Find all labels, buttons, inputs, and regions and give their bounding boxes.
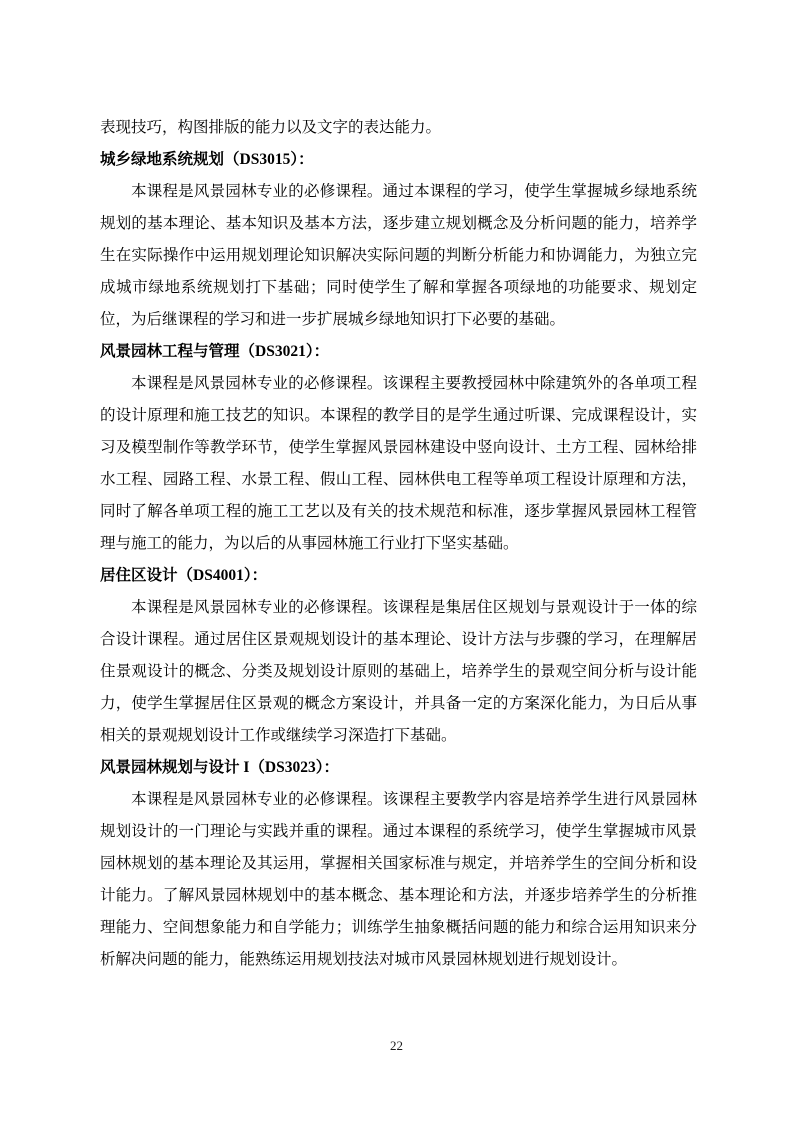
course-heading-ds3023: 风景园林规划与设计 I（DS3023）： [100,752,697,784]
course-heading-ds3015: 城乡绿地系统规划（DS3015）： [100,144,697,176]
page-number: 22 [0,1036,793,1056]
course-description-ds4001: 本课程是风景园林专业的必修课程。该课程是集居住区规划与景观设计于一体的综合设计课… [100,592,697,752]
paragraph-continuation: 表现技巧，构图排版的能力以及文字的表达能力。 [100,112,697,144]
document-content: 表现技巧，构图排版的能力以及文字的表达能力。 城乡绿地系统规划（DS3015）：… [100,112,697,976]
document-page: 表现技巧，构图排版的能力以及文字的表达能力。 城乡绿地系统规划（DS3015）：… [0,0,793,1122]
course-heading-ds3021: 风景园林工程与管理（DS3021）： [100,336,697,368]
course-description-ds3015: 本课程是风景园林专业的必修课程。通过本课程的学习，使学生掌握城乡绿地系统规划的基… [100,176,697,336]
course-description-ds3023: 本课程是风景园林专业的必修课程。该课程主要教学内容是培养学生进行风景园林规划设计… [100,784,697,976]
course-description-ds3021: 本课程是风景园林专业的必修课程。该课程主要教授园林中除建筑外的各单项工程的设计原… [100,368,697,560]
course-heading-ds4001: 居住区设计（DS4001）： [100,560,697,592]
